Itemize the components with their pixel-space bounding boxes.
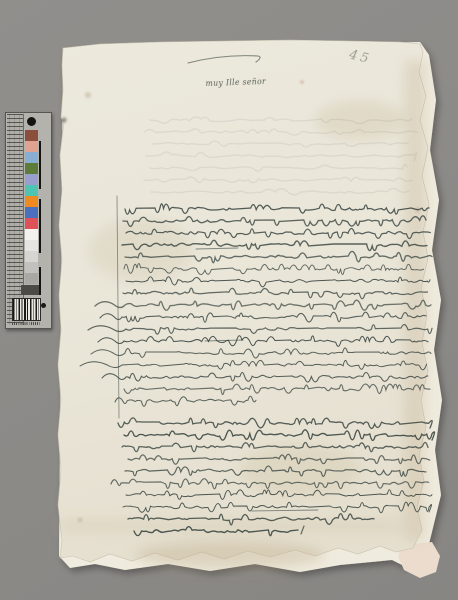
color-patch [25, 163, 38, 174]
color-patch-column [25, 130, 38, 284]
color-patch [25, 174, 38, 185]
archival-photo-background: 45 muy Ille señor [0, 0, 458, 600]
micro-print [12, 322, 40, 325]
barcode-dot [41, 303, 46, 308]
color-patch [25, 229, 38, 240]
manuscript-render [0, 0, 458, 600]
color-patch [25, 262, 38, 273]
calibration-tick [39, 199, 41, 253]
color-patch [25, 273, 38, 284]
barcode [12, 298, 41, 321]
registration-dot [27, 117, 36, 126]
color-patch [25, 141, 38, 152]
color-patch [25, 218, 38, 229]
color-patch [25, 196, 38, 207]
calibration-tick [39, 267, 41, 295]
color-patch [25, 207, 38, 218]
calibration-tick [39, 141, 41, 189]
color-patch [25, 251, 38, 262]
color-patch [25, 185, 38, 196]
color-patch [25, 152, 38, 163]
dark-reference-patch [21, 285, 39, 295]
color-calibration-strip [5, 112, 52, 329]
color-patch [25, 240, 38, 251]
color-patch [25, 130, 38, 141]
